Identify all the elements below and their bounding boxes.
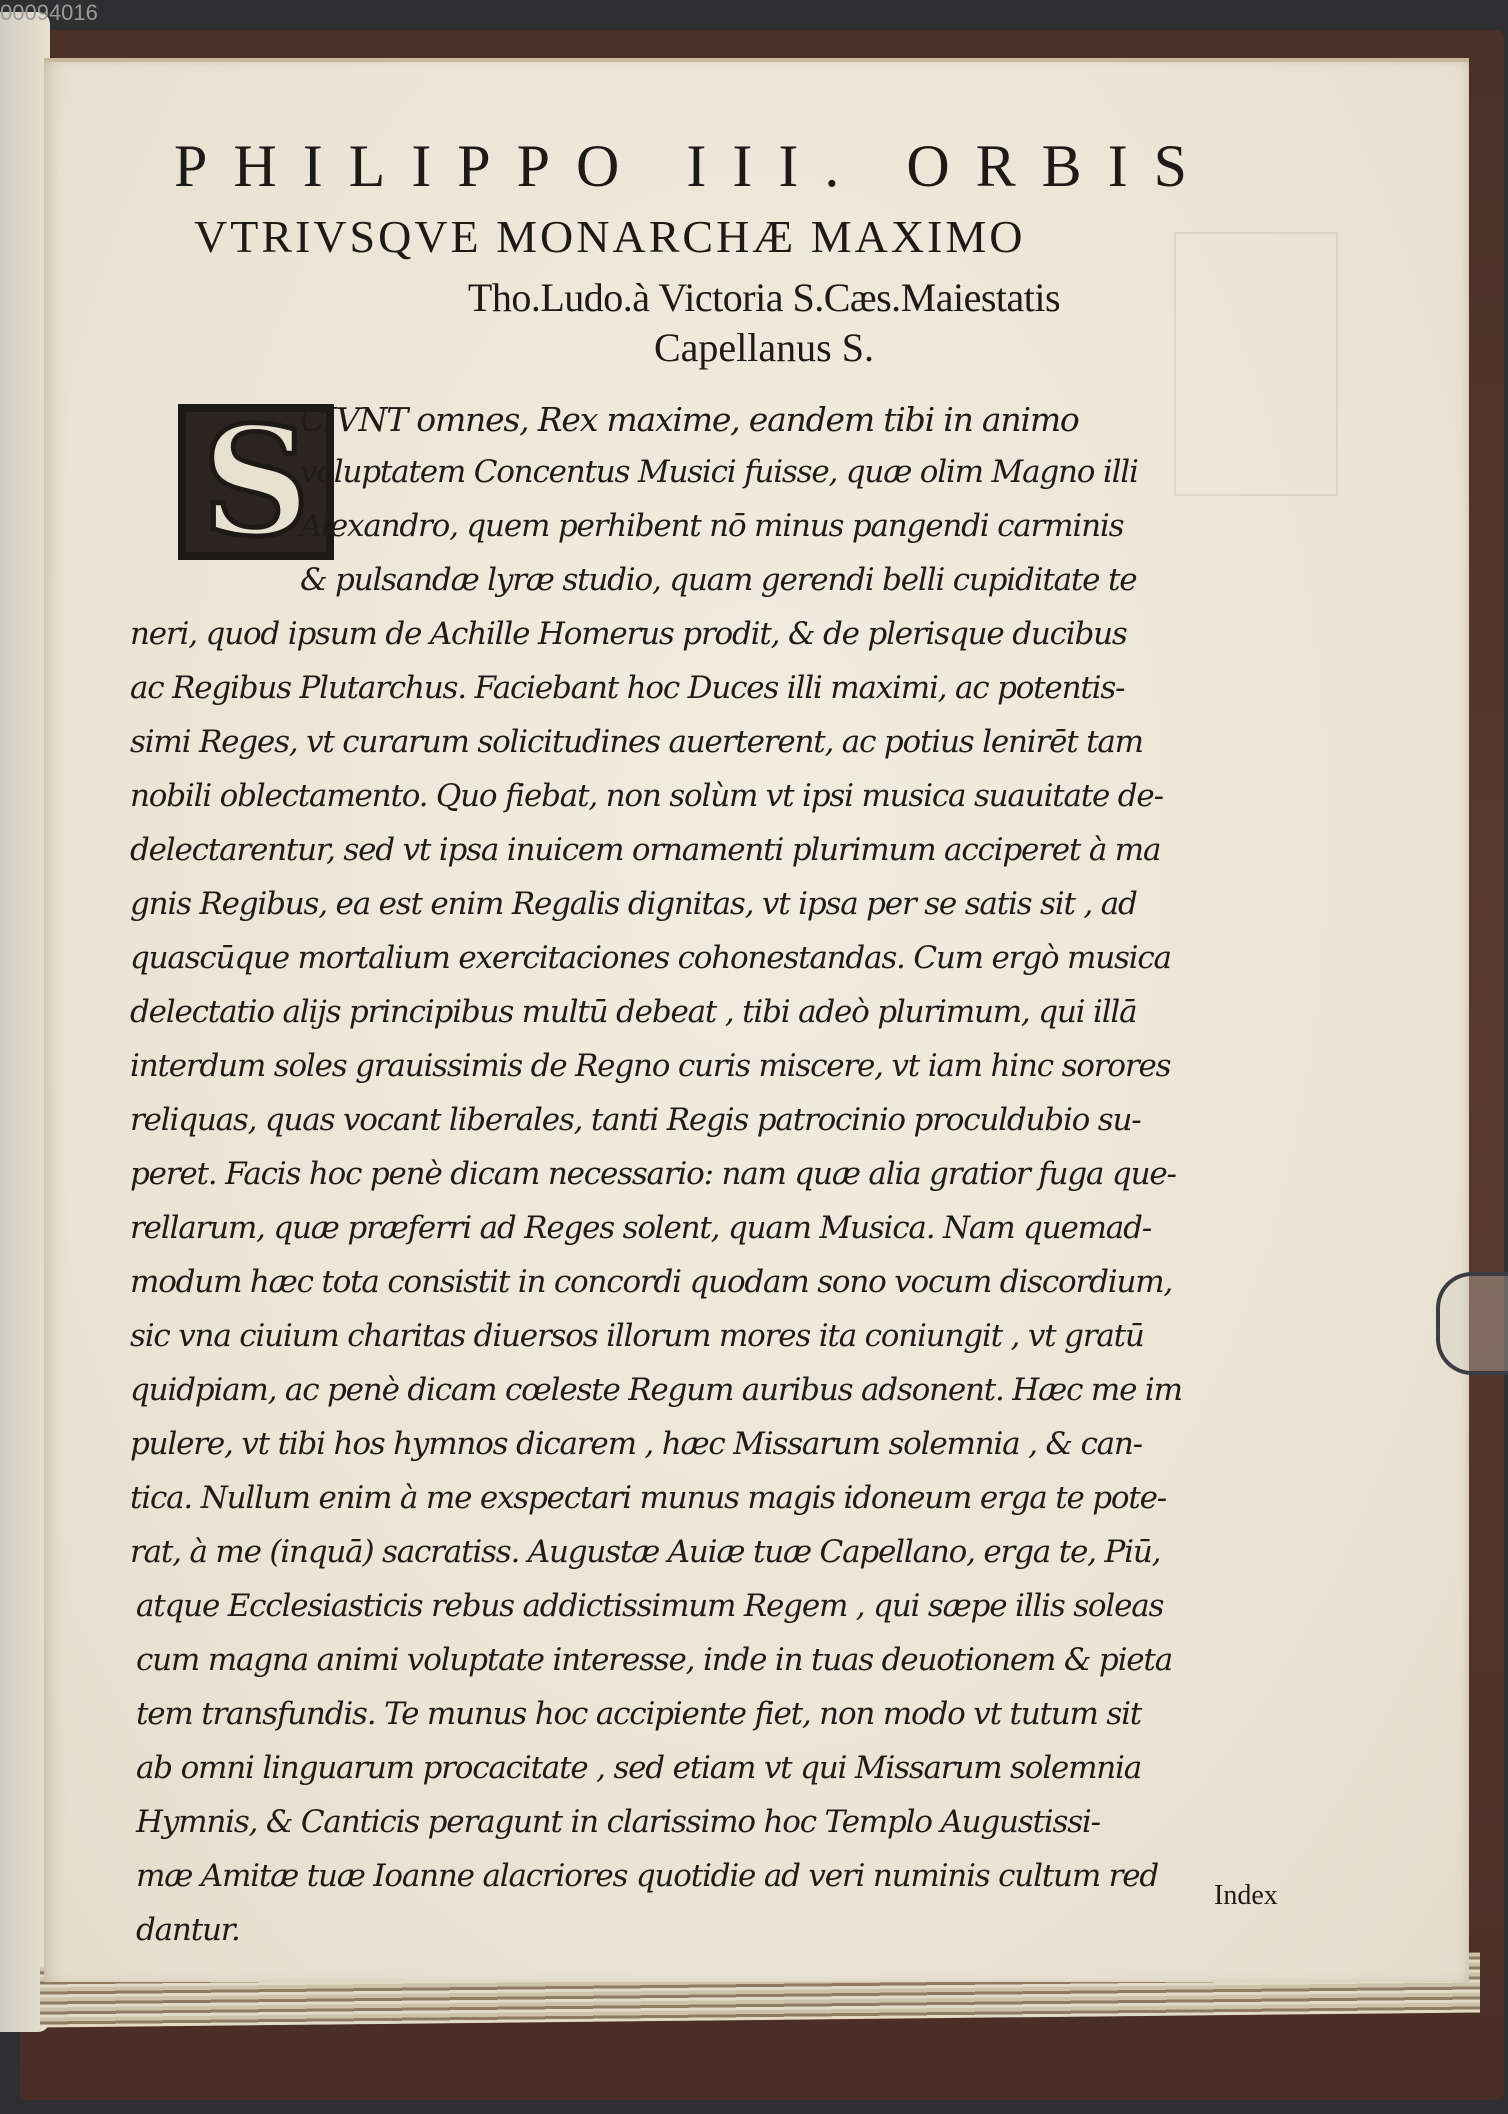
body-line: modum hæc tota consistit in concordi quo… [130, 1264, 1172, 1300]
scan-id-label: 00094016 [0, 0, 98, 26]
body-line: rat, à me (inquā) sacratiss. Augustæ Aui… [130, 1534, 1160, 1570]
body-line: ac Regibus Plutarchus. Faciebant hoc Duc… [130, 670, 1124, 706]
heading-line-2: VTRIVSQVE MONARCHÆ MAXIMO [194, 210, 1334, 263]
body-line: tem transfundis. Te munus hoc accipiente… [136, 1696, 1141, 1732]
body-line: quascūque mortalium exercitaciones cohon… [130, 940, 1171, 976]
body-line: mæ Amitæ tuæ Ioanne alacriores quotidie … [136, 1858, 1158, 1894]
body-line: voluptatem Concentus Musici fuisse, quæ … [300, 454, 1138, 490]
bleed-through-mark [1174, 232, 1338, 496]
page-clip [1436, 1272, 1508, 1375]
body-line: tica. Nullum enim à me exspectari munus … [130, 1480, 1166, 1516]
body-line: interdum soles grauissimis de Regno curi… [130, 1048, 1170, 1084]
body-line: nobili oblectamento. Quo fiebat, non sol… [130, 778, 1163, 814]
heading-line-1: PHILIPPO III. ORBIS [174, 132, 1354, 201]
body-line: sic vna ciuium charitas diuersos illorum… [130, 1318, 1144, 1354]
body-line: ab omni linguarum procacitate , sed etia… [136, 1750, 1141, 1786]
body-line: & pulsandæ lyræ studio, quam gerendi bel… [300, 562, 1136, 598]
book-page: PHILIPPO III. ORBIS VTRIVSQVE MONARCHÆ M… [44, 58, 1469, 1982]
heading-line-4: Capellanus S. [564, 324, 964, 371]
body-line: peret. Facis hoc penè dicam necessario: … [130, 1156, 1176, 1192]
body-line: quidpiam, ac penè dicam cœleste Regum au… [130, 1372, 1182, 1408]
body-line: atque Ecclesiasticis rebus addictissimum… [136, 1588, 1163, 1624]
body-line: delectatio alijs principibus multū debea… [130, 994, 1136, 1030]
body-line: simi Reges, vt curarum solicitudines aue… [130, 724, 1143, 760]
body-line: dantur. [136, 1912, 240, 1948]
body-line: rellarum, quæ præferri ad Reges solent, … [130, 1210, 1151, 1246]
catchword: Index [1214, 1880, 1278, 1912]
body-line: Hymnis, & Canticis peragunt in clarissim… [136, 1804, 1100, 1840]
heading-line-3: Tho.Ludo.à Victoria S.Cæs.Maiestatis [364, 274, 1164, 321]
body-line: CIVNT omnes, Rex maxime, eandem tibi in … [300, 400, 1079, 439]
body-line: cum magna animi voluptate interesse, ind… [136, 1642, 1172, 1678]
body-line: pulere, vt tibi hos hymnos dicarem , hæc… [130, 1426, 1142, 1462]
body-line: gnis Regibus, ea est enim Regalis dignit… [130, 886, 1137, 922]
body-line: reliquas, quas vocant liberales, tanti R… [130, 1102, 1141, 1138]
initial-letter: S [202, 407, 310, 557]
body-line: Alexandro, quem perhibent nō minus pange… [300, 508, 1123, 544]
left-page-edge [0, 12, 50, 2032]
body-line: neri, quod ipsum de Achille Homerus prod… [130, 616, 1127, 652]
body-line: delectarentur, sed vt ipsa inuicem ornam… [130, 832, 1160, 868]
